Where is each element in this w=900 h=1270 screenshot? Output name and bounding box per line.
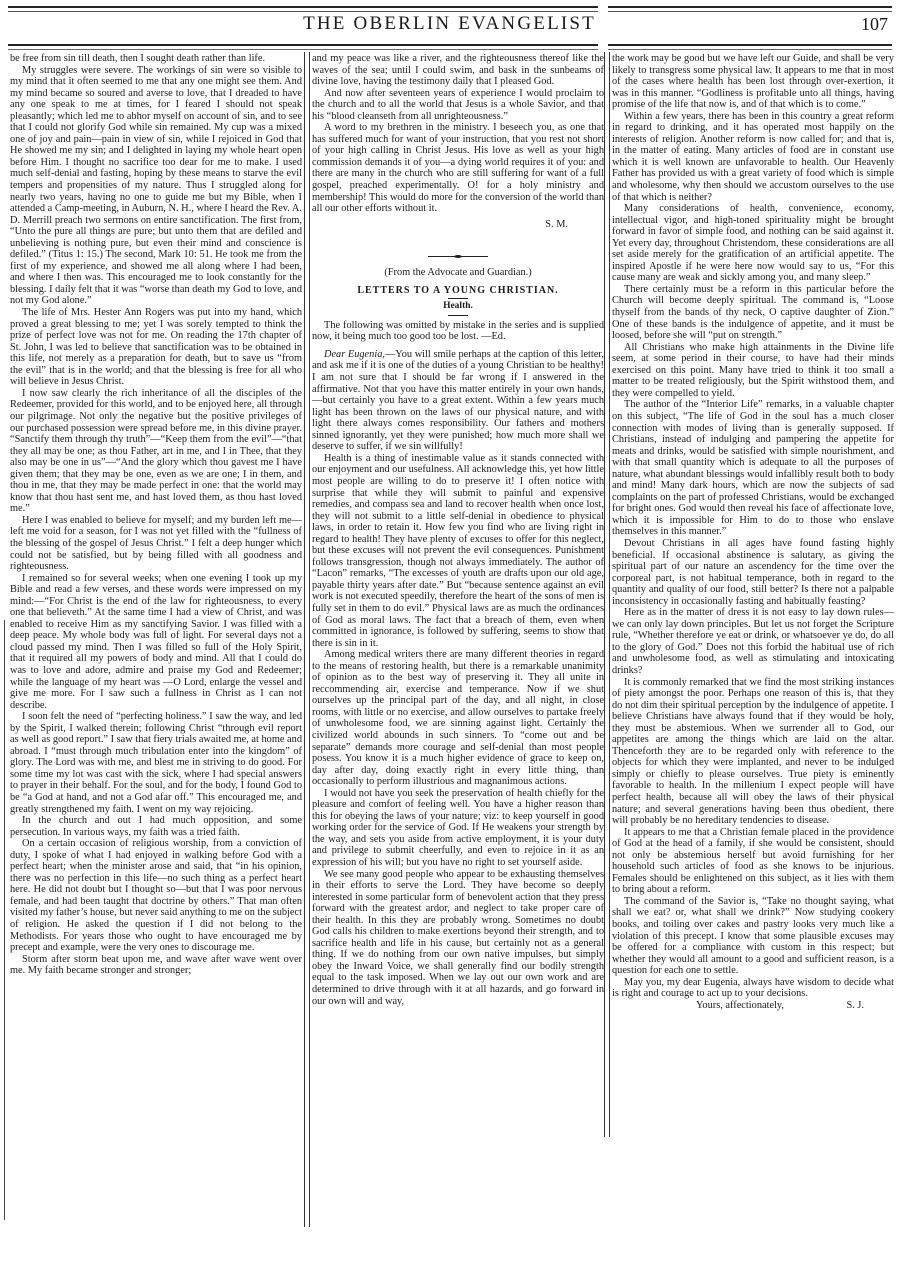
column-1: be free from sin till death, then I soug… xyxy=(10,53,302,977)
paragraph: The command of the Savior is, “Take no t… xyxy=(612,896,894,977)
paragraph: and my peace was like a river, and the r… xyxy=(312,53,604,88)
paragraph: I would not have you seek the preservati… xyxy=(312,788,604,869)
letter-closing: Yours, affectionately, S. J. xyxy=(612,1000,894,1012)
column-3: the work may be good but we have left ou… xyxy=(612,53,894,1011)
section-separator xyxy=(428,256,488,257)
paragraph: Among medical writers there are many dif… xyxy=(312,649,604,788)
paragraph: I soon felt the need of “perfecting holi… xyxy=(10,711,302,815)
paragraph: Here as in the matter of dress it is not… xyxy=(612,607,894,676)
title-rule xyxy=(448,298,468,299)
paragraph: Here I was enabled to believe for myself… xyxy=(10,515,302,573)
header-rule-top-left xyxy=(8,6,598,12)
paragraph: It appears to me that a Christian female… xyxy=(612,827,894,896)
paragraph: May you, my dear Eugenia, always have wi… xyxy=(612,977,894,1000)
masthead-title: THE OBERLIN EVANGELIST xyxy=(0,13,596,35)
paragraph: My struggles were severe. The workings o… xyxy=(10,65,302,307)
paragraph: Devout Christians in all ages have found… xyxy=(612,538,894,607)
header-rule-top-right xyxy=(608,6,892,12)
paragraph: I remained so for several weeks; when on… xyxy=(10,573,302,712)
salutation: Dear Eugenia, xyxy=(324,349,385,360)
paragraph: Health is a thing of inestimable value a… xyxy=(312,453,604,649)
paragraph: In the church and out I had much opposit… xyxy=(10,815,302,838)
paragraph: Storm after storm beat upon me, and wave… xyxy=(10,954,302,977)
paragraph: I now saw clearly the rich inheritance o… xyxy=(10,388,302,515)
paragraph: On a certain occasion of religious worsh… xyxy=(10,838,302,953)
page-header: THE OBERLIN EVANGELIST 107 xyxy=(0,0,900,52)
column-2: and my peace was like a river, and the r… xyxy=(312,53,604,1007)
letter-opening: Dear Eugenia,—You will smile perhaps at … xyxy=(312,349,604,453)
paragraph: The life of Mrs. Hester Ann Rogers was p… xyxy=(10,307,302,388)
paragraph: The author of the “Interior Life” remark… xyxy=(612,399,894,538)
newspaper-page: THE OBERLIN EVANGELIST 107 be free from … xyxy=(0,0,900,1270)
column-divider-2 xyxy=(604,52,610,1137)
source-attribution: (From the Advocate and Guardian.) xyxy=(312,267,604,279)
closing-phrase: Yours, affectionately, xyxy=(696,1000,784,1011)
article-title: LETTERS TO A YOUNG CHRISTIAN. xyxy=(312,285,604,297)
subtitle-rule xyxy=(448,315,468,316)
paragraph: All Christians who make high attainments… xyxy=(612,342,894,400)
paragraph: Many considerations of health, convenien… xyxy=(612,203,894,284)
paragraph: There certainly must be a reform in this… xyxy=(612,284,894,342)
paragraph: We see many good people who appear to be… xyxy=(312,869,604,1008)
header-rule-bottom-left xyxy=(8,44,598,50)
signature-sm: S. M. xyxy=(312,219,604,231)
paragraph: A word to my brethren in the ministry. I… xyxy=(312,122,604,214)
paragraph-text: —You will smile perhaps at the caption o… xyxy=(312,349,604,452)
editor-note: The following was omitted by mistake in … xyxy=(312,320,604,343)
paragraph: Within a few years, there has been in th… xyxy=(612,111,894,203)
paragraph: It is commonly remarked that we find the… xyxy=(612,677,894,827)
paragraph: the work may be good but we have left ou… xyxy=(612,53,894,111)
page-edge-line xyxy=(4,620,6,1220)
article-subtitle: Health. xyxy=(312,301,604,313)
column-divider-1 xyxy=(304,52,310,1227)
paragraph: be free from sin till death, then I soug… xyxy=(10,53,302,65)
signature-sj: S. J. xyxy=(834,1000,864,1012)
page-number: 107 xyxy=(861,14,888,35)
paragraph: And now after seventeen years of experie… xyxy=(312,88,604,123)
header-rule-bottom-right xyxy=(608,44,892,50)
